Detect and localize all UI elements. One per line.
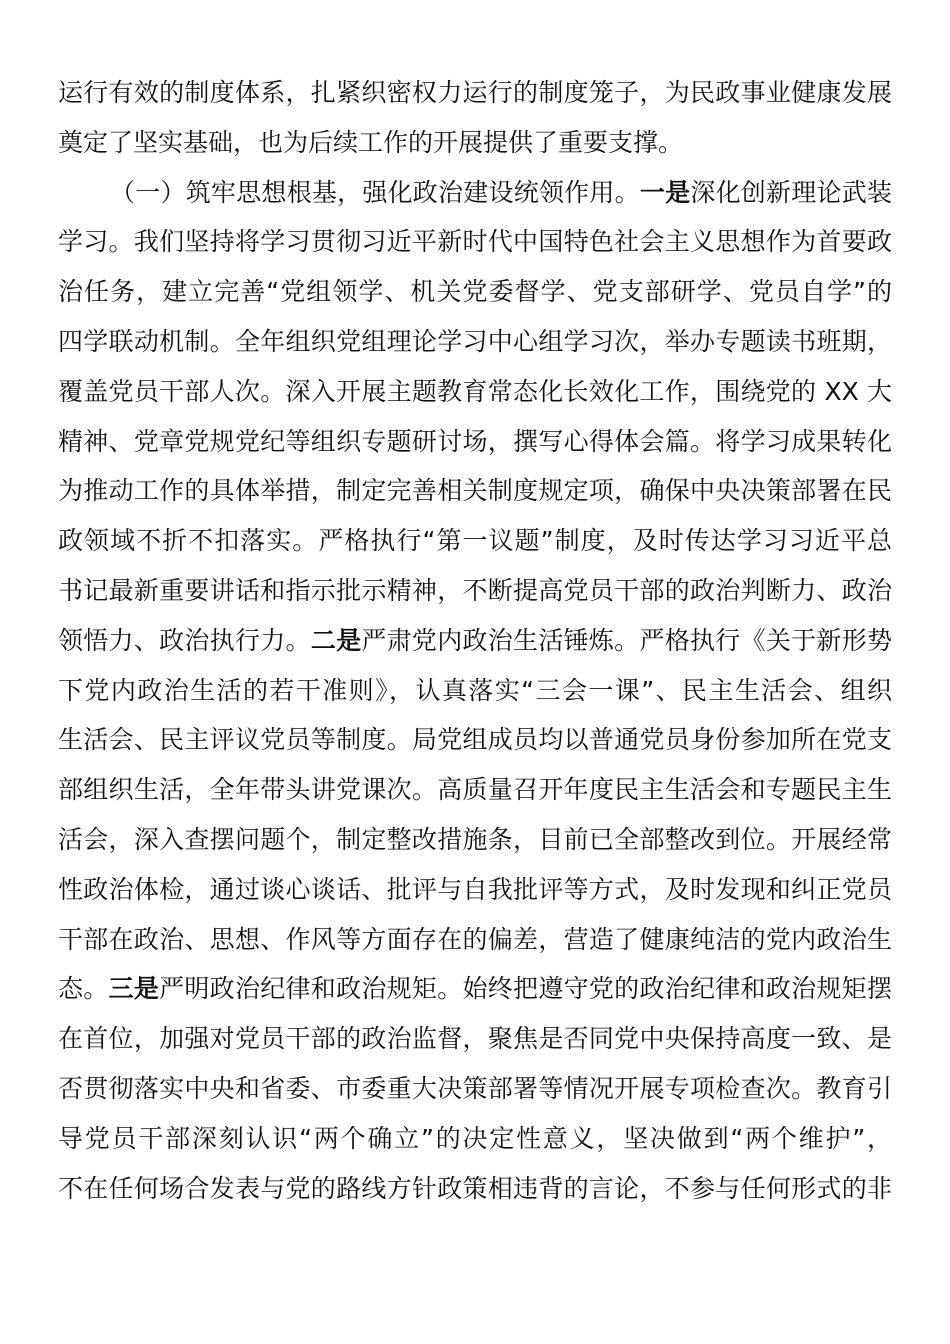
text-line: 活会，深入查摆问题个，制定整改措施条，目前已全部整改到位。开展经常 [58,815,892,865]
text-line: 政领域不折不扣落实。严格执行“第一议题”制度，及时传达学习习近平总 [58,516,892,566]
text-line: 精神、党章党规党纪等组织专题研讨场，撰写心得体会篇。将学习成果转化 [58,417,892,467]
text-segment: 深化创新理论武装 [690,178,892,207]
text-segment: 否贯彻落实中央和省委、市委重大决策部署等情况开展专项检查次。教育引 [58,1074,892,1103]
text-line: 不在任何场合发表与党的路线方针政策相违背的言论，不参与任何形式的非 [58,1164,892,1214]
text-segment: 活会，深入查摆问题个，制定整改措施条，目前已全部整改到位。开展经常 [58,825,892,854]
text-line: 否贯彻落实中央和省委、市委重大决策部署等情况开展专项检查次。教育引 [58,1064,892,1114]
text-segment: 为推动工作的具体举措，制定完善相关制度规定项，确保中央决策部署在民 [58,476,892,505]
bold-lead-phrase: 三是 [109,974,160,1003]
text-segment: 下党内政治生活的若干准则》，认真落实“三会一课”、民主生活会、组织 [58,676,892,705]
text-segment: 态。 [58,974,109,1003]
text-line: 奠定了坚实基础，也为后续工作的开展提供了重要支撑。 [58,118,892,168]
text-segment: 不在任何场合发表与党的路线方针政策相违背的言论，不参与任何形式的非 [58,1174,892,1203]
text-segment: 严肃党内政治生活锤炼。严格执行《关于新形势 [361,626,892,655]
text-segment: 运行有效的制度体系，扎紧织密权力运行的制度笼子，为民政事业健康发展 [58,78,892,107]
text-line: 下党内政治生活的若干准则》，认真落实“三会一课”、民主生活会、组织 [58,666,892,716]
text-line: 书记最新重要讲话和指示批示精神，不断提高党员干部的政治判断力、政治 [58,566,892,616]
text-line: 治任务，建立完善“党组领学、机关党委督学、党支部研学、党员自学”的 [58,267,892,317]
text-segment: 领悟力、政治执行力。 [58,626,311,655]
text-line: 四学联动机制。全年组织党组理论学习中心组学习次，举办专题读书班期， [58,317,892,367]
text-segment: 生活会、民主评议党员等制度。局党组成员均以普通党员身份参加所在党支 [58,725,892,754]
bold-lead-phrase: 一是 [640,178,690,207]
text-segment: 严明政治纪律和政治规矩。始终把遵守党的政治纪律和政治规矩摆 [159,974,892,1003]
text-line: 生活会、民主评议党员等制度。局党组成员均以普通党员身份参加所在党支 [58,715,892,765]
text-line: 导党员干部深刻认识“两个确立”的决定性意义，坚决做到“两个维护”， [58,1114,892,1164]
text-segment: 书记最新重要讲话和指示批示精神，不断提高党员干部的政治判断力、政治 [58,576,892,605]
text-line: 干部在政治、思想、作风等方面存在的偏差，营造了健康纯洁的党内政治生 [58,915,892,965]
text-line: 运行有效的制度体系，扎紧织密权力运行的制度笼子，为民政事业健康发展 [58,68,892,118]
text-line: 领悟力、政治执行力。二是严肃党内政治生活锤炼。严格执行《关于新形势 [58,616,892,666]
text-line: 覆盖党员干部人次。深入开展主题教育常态化长效化工作，围绕党的 XX 大 [58,367,892,417]
text-segment: 学习。我们坚持将学习贯彻习近平新时代中国特色社会主义思想作为首要政 [58,227,892,256]
text-segment: 在首位，加强对党员干部的政治监督，聚焦是否同党中央保持高度一致、是 [58,1024,892,1053]
text-segment: 政领域不折不扣落实。严格执行“第一议题”制度，及时传达学习习近平总 [58,526,892,555]
text-segment: 奠定了坚实基础，也为后续工作的开展提供了重要支撑。 [58,128,683,157]
text-segment: 四学联动机制。全年组织党组理论学习中心组学习次，举办专题读书班期， [58,327,892,356]
section-heading-line: （一）筑牢思想根基，强化政治建设统领作用。一是深化创新理论武装 [58,168,892,218]
text-segment: 导党员干部深刻认识“两个确立”的决定性意义，坚决做到“两个维护”， [58,1124,892,1153]
text-segment: 治任务，建立完善“党组领学、机关党委督学、党支部研学、党员自学”的 [58,277,892,306]
text-line: 在首位，加强对党员干部的政治监督，聚焦是否同党中央保持高度一致、是 [58,1014,892,1064]
text-segment: （一）筑牢思想根基，强化政治建设统领作用。 [110,178,640,207]
document-page: 运行有效的制度体系，扎紧织密权力运行的制度笼子，为民政事业健康发展奠定了坚实基础… [58,68,892,1213]
text-line: 态。三是严明政治纪律和政治规矩。始终把遵守党的政治纪律和政治规矩摆 [58,964,892,1014]
text-line: 学习。我们坚持将学习贯彻习近平新时代中国特色社会主义思想作为首要政 [58,217,892,267]
text-line: 为推动工作的具体举措，制定完善相关制度规定项，确保中央决策部署在民 [58,466,892,516]
text-segment: 精神、党章党规党纪等组织专题研讨场，撰写心得体会篇。将学习成果转化 [58,427,892,456]
text-segment: 覆盖党员干部人次。深入开展主题教育常态化长效化工作，围绕党的 XX 大 [58,377,892,406]
text-line: 部组织生活，全年带头讲党课次。高质量召开年度民主生活会和专题民主生 [58,765,892,815]
text-segment: 干部在政治、思想、作风等方面存在的偏差，营造了健康纯洁的党内政治生 [58,925,892,954]
bold-lead-phrase: 二是 [311,626,362,655]
text-segment: 性政治体检，通过谈心谈话、批评与自我批评等方式，及时发现和纠正党员 [58,875,892,904]
text-segment: 部组织生活，全年带头讲党课次。高质量召开年度民主生活会和专题民主生 [58,775,892,804]
text-line: 性政治体检，通过谈心谈话、批评与自我批评等方式，及时发现和纠正党员 [58,865,892,915]
